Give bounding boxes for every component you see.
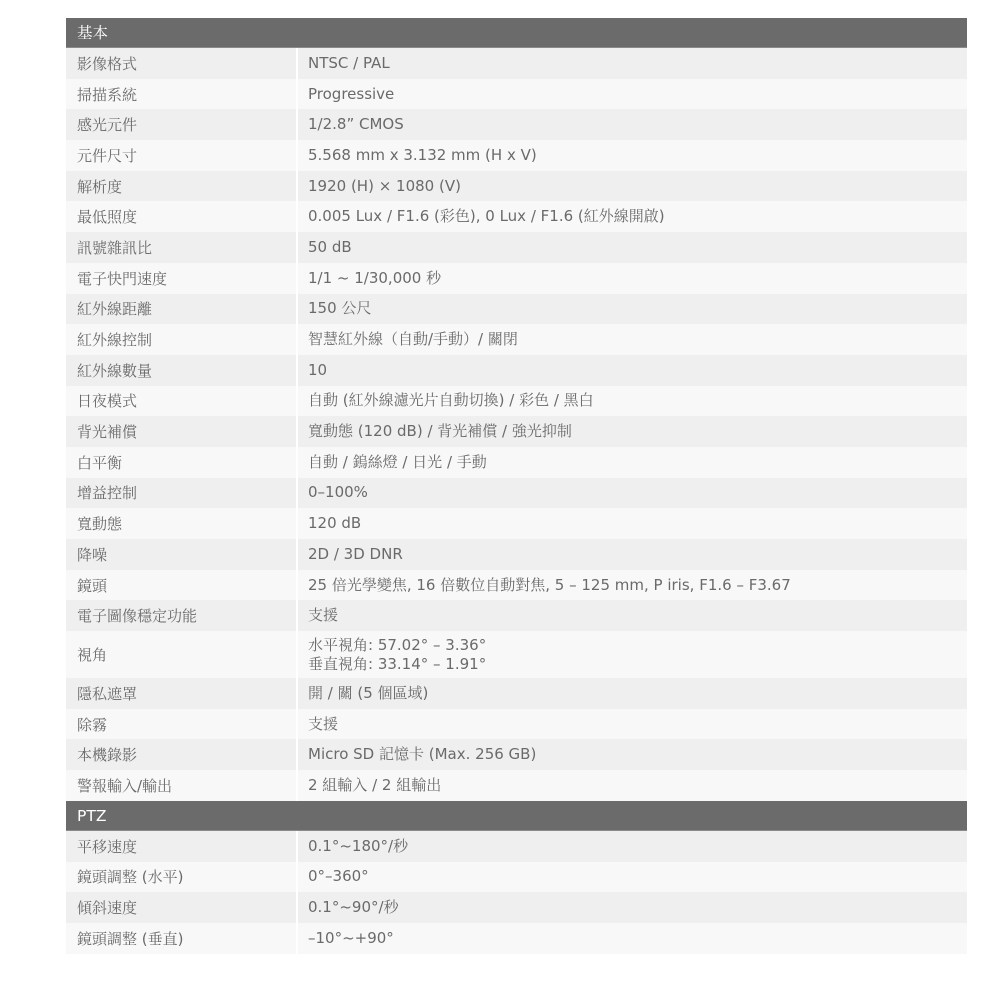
fov-horizontal: 水平視角: 57.02° – 3.36° bbox=[308, 636, 967, 655]
spec-value: 0.1°~90°/秒 bbox=[298, 892, 967, 923]
spec-label: 紅外線數量 bbox=[66, 355, 298, 386]
spec-label: 隱私遮罩 bbox=[66, 678, 298, 709]
spec-label: 最低照度 bbox=[66, 201, 298, 232]
spec-label: 增益控制 bbox=[66, 478, 298, 509]
spec-label: 白平衡 bbox=[66, 447, 298, 478]
spec-row-resolution: 解析度 1920 (H) × 1080 (V) bbox=[66, 171, 967, 202]
spec-label: 背光補償 bbox=[66, 416, 298, 447]
spec-value: Progressive bbox=[298, 79, 967, 110]
spec-value: 0.1°~180°/秒 bbox=[298, 831, 967, 862]
spec-row-day-night: 日夜模式 自動 (紅外線濾光片自動切換) / 彩色 / 黑白 bbox=[66, 386, 967, 417]
spec-row-tilt-speed: 傾斜速度 0.1°~90°/秒 bbox=[66, 892, 967, 923]
spec-value: 自動 / 鎢絲燈 / 日光 / 手動 bbox=[298, 447, 967, 478]
spec-row-alarm-io: 警報輸入/輸出 2 組輸入 / 2 組輸出 bbox=[66, 770, 967, 801]
spec-label: 本機錄影 bbox=[66, 739, 298, 770]
spec-row-tilt-range: 鏡頭調整 (垂直) –10°~+90° bbox=[66, 923, 967, 954]
spec-row-privacy-mask: 隱私遮罩 開 / 關 (5 個區域) bbox=[66, 678, 967, 709]
spec-row-min-illumination: 最低照度 0.005 Lux / F1.6 (彩色), 0 Lux / F1.6… bbox=[66, 201, 967, 232]
spec-label: 鏡頭調整 (垂直) bbox=[66, 923, 298, 954]
spec-value: 120 dB bbox=[298, 508, 967, 539]
spec-row-shutter-speed: 電子快門速度 1/1 ~ 1/30,000 秒 bbox=[66, 263, 967, 294]
spec-label: 訊號雜訊比 bbox=[66, 232, 298, 263]
spec-value: 25 倍光學變焦, 16 倍數位自動對焦, 5 – 125 mm, P iris… bbox=[298, 570, 967, 601]
spec-label: 視角 bbox=[66, 631, 298, 678]
spec-label: 電子快門速度 bbox=[66, 263, 298, 294]
spec-row-wdr: 寬動態 120 dB bbox=[66, 508, 967, 539]
spec-value: 1920 (H) × 1080 (V) bbox=[298, 171, 967, 202]
spec-value: 5.568 mm x 3.132 mm (H x V) bbox=[298, 140, 967, 171]
spec-label: 警報輸入/輸出 bbox=[66, 770, 298, 801]
spec-label: 日夜模式 bbox=[66, 386, 298, 417]
spec-label: 感光元件 bbox=[66, 109, 298, 140]
spec-row-white-balance: 白平衡 自動 / 鎢絲燈 / 日光 / 手動 bbox=[66, 447, 967, 478]
spec-row-field-of-view: 視角 水平視角: 57.02° – 3.36° 垂直視角: 33.14° – 1… bbox=[66, 631, 967, 678]
spec-row-snr: 訊號雜訊比 50 dB bbox=[66, 232, 967, 263]
spec-value: 0–100% bbox=[298, 478, 967, 509]
spec-value: 智慧紅外線（自動/手動）/ 關閉 bbox=[298, 324, 967, 355]
spec-row-sensor-size: 元件尺寸 5.568 mm x 3.132 mm (H x V) bbox=[66, 140, 967, 171]
spec-row-pan-range: 鏡頭調整 (水平) 0°–360° bbox=[66, 862, 967, 893]
spec-value: 10 bbox=[298, 355, 967, 386]
spec-value: 150 公尺 bbox=[298, 294, 967, 325]
spec-row-video-format: 影像格式 NTSC / PAL bbox=[66, 48, 967, 79]
spec-value: 1/1 ~ 1/30,000 秒 bbox=[298, 263, 967, 294]
spec-row-image-sensor: 感光元件 1/2.8” CMOS bbox=[66, 109, 967, 140]
spec-label: 電子圖像穩定功能 bbox=[66, 600, 298, 631]
spec-value: NTSC / PAL bbox=[298, 48, 967, 79]
spec-row-ir-distance: 紅外線距離 150 公尺 bbox=[66, 294, 967, 325]
spec-row-lens: 鏡頭 25 倍光學變焦, 16 倍數位自動對焦, 5 – 125 mm, P i… bbox=[66, 570, 967, 601]
fov-vertical: 垂直視角: 33.14° – 1.91° bbox=[308, 655, 967, 674]
spec-row-ir-count: 紅外線數量 10 bbox=[66, 355, 967, 386]
spec-label: 掃描系統 bbox=[66, 79, 298, 110]
spec-row-eis: 電子圖像穩定功能 支援 bbox=[66, 600, 967, 631]
spec-row-noise-reduction: 降噪 2D / 3D DNR bbox=[66, 539, 967, 570]
section-header-basic: 基本 bbox=[66, 18, 967, 48]
spec-row-scan-system: 掃描系統 Progressive bbox=[66, 79, 967, 110]
spec-value: –10°~+90° bbox=[298, 923, 967, 954]
spec-row-backlight: 背光補償 寬動態 (120 dB) / 背光補償 / 強光抑制 bbox=[66, 416, 967, 447]
spec-table: 基本 影像格式 NTSC / PAL 掃描系統 Progressive 感光元件… bbox=[66, 18, 967, 954]
spec-value: 2 組輸入 / 2 組輸出 bbox=[298, 770, 967, 801]
spec-label: 平移速度 bbox=[66, 831, 298, 862]
spec-row-pan-speed: 平移速度 0.1°~180°/秒 bbox=[66, 831, 967, 862]
spec-label: 傾斜速度 bbox=[66, 892, 298, 923]
spec-label: 寬動態 bbox=[66, 508, 298, 539]
spec-label: 紅外線控制 bbox=[66, 324, 298, 355]
spec-value: 寬動態 (120 dB) / 背光補償 / 強光抑制 bbox=[298, 416, 967, 447]
spec-value: 0.005 Lux / F1.6 (彩色), 0 Lux / F1.6 (紅外線… bbox=[298, 201, 967, 232]
spec-value: 水平視角: 57.02° – 3.36° 垂直視角: 33.14° – 1.91… bbox=[298, 631, 967, 678]
spec-value: 支援 bbox=[298, 600, 967, 631]
spec-value: 2D / 3D DNR bbox=[298, 539, 967, 570]
spec-label: 鏡頭調整 (水平) bbox=[66, 862, 298, 893]
spec-value: 0°–360° bbox=[298, 862, 967, 893]
spec-value: 自動 (紅外線濾光片自動切換) / 彩色 / 黑白 bbox=[298, 386, 967, 417]
spec-value: 50 dB bbox=[298, 232, 967, 263]
spec-label: 影像格式 bbox=[66, 48, 298, 79]
spec-label: 降噪 bbox=[66, 539, 298, 570]
spec-label: 解析度 bbox=[66, 171, 298, 202]
spec-value: 1/2.8” CMOS bbox=[298, 109, 967, 140]
spec-row-ir-control: 紅外線控制 智慧紅外線（自動/手動）/ 關閉 bbox=[66, 324, 967, 355]
spec-label: 元件尺寸 bbox=[66, 140, 298, 171]
spec-label: 除霧 bbox=[66, 709, 298, 740]
section-header-ptz: PTZ bbox=[66, 801, 967, 831]
spec-value: 支援 bbox=[298, 709, 967, 740]
spec-label: 鏡頭 bbox=[66, 570, 298, 601]
spec-label: 紅外線距離 bbox=[66, 294, 298, 325]
spec-row-local-recording: 本機錄影 Micro SD 記憶卡 (Max. 256 GB) bbox=[66, 739, 967, 770]
spec-row-defog: 除霧 支援 bbox=[66, 709, 967, 740]
spec-value: 開 / 關 (5 個區域) bbox=[298, 678, 967, 709]
spec-row-gain-control: 增益控制 0–100% bbox=[66, 478, 967, 509]
spec-value: Micro SD 記憶卡 (Max. 256 GB) bbox=[298, 739, 967, 770]
